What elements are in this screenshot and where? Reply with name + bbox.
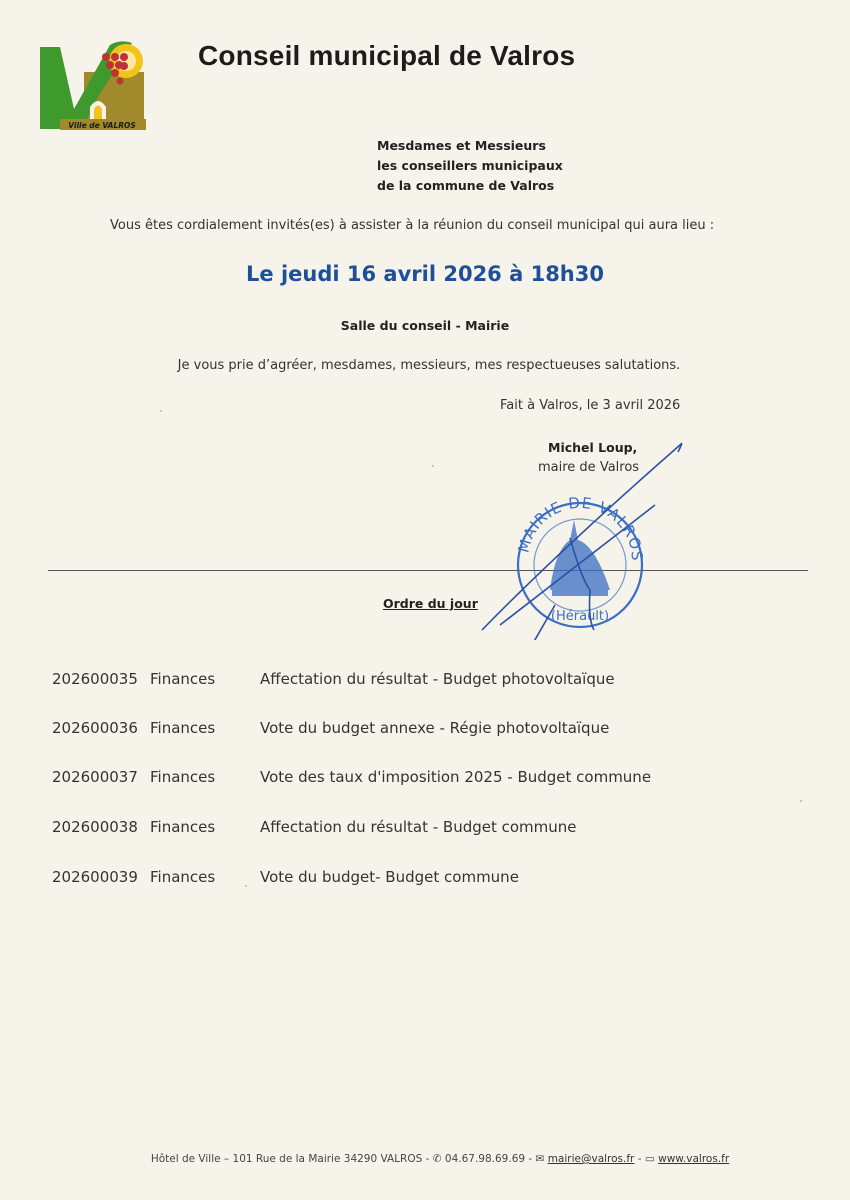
agenda-category: Finances [150,868,260,886]
agenda-subject: Affectation du résultat - Budget photovo… [260,670,615,688]
website-link[interactable]: www.valros.fr [658,1153,729,1165]
paper-speck [432,465,434,467]
footer-phone: 04.67.98.69.69 [445,1153,525,1165]
agenda-category: Finances [150,670,260,688]
meeting-place: Salle du conseil - Mairie [0,318,850,333]
agenda-item: 202600035 Finances Affectation du résult… [52,670,615,688]
invitation-text: Vous êtes cordialement invités(es) à ass… [110,218,714,233]
stamp-subtext: (Hérault) [551,609,609,624]
footer: Hôtel de Ville – 101 Rue de la Mairie 34… [0,1153,850,1165]
page-title: Conseil municipal de Valros [198,40,575,72]
agenda-subject: Vote des taux d'imposition 2025 - Budget… [260,768,651,786]
computer-icon: ▭ [645,1153,655,1165]
agenda-number: 202600036 [52,719,150,737]
agenda-number: 202600035 [52,670,150,688]
agenda-subject: Vote du budget annexe - Régie photovolta… [260,719,609,737]
signer-name: Michel Loup, [548,440,637,455]
agenda-item: 202600037 Finances Vote des taux d'impos… [52,768,651,786]
agenda-item: 202600038 Finances Affectation du résult… [52,818,577,836]
agenda-number: 202600038 [52,818,150,836]
recipient-line: de la commune de Valros [377,176,563,196]
agenda-number: 202600039 [52,868,150,886]
agenda-category: Finances [150,818,260,836]
agenda-category: Finances [150,768,260,786]
salutation-text: Je vous prie d’agréer, mesdames, messieu… [0,358,850,373]
recipients-block: Mesdames et Messieurs les conseillers mu… [377,136,563,196]
agenda-number: 202600037 [52,768,150,786]
recipient-line: Mesdames et Messieurs [377,136,563,156]
agenda-item: 202600039 Finances Vote du budget- Budge… [52,868,519,886]
agenda-subject: Vote du budget- Budget commune [260,868,519,886]
valros-logo: Ville de VALROS [40,37,146,131]
agenda-title: Ordre du jour [383,596,478,611]
agenda-subject: Affectation du résultat - Budget commune [260,818,577,836]
stamp-text: MAIRIE DE VALROS [514,494,646,562]
done-at-date: Fait à Valros, le 3 avril 2026 [500,398,680,413]
footer-address: Hôtel de Ville – 101 Rue de la Mairie 34… [151,1153,433,1165]
paper-speck [800,800,802,802]
signer-role: maire de Valros [538,460,639,475]
paper-speck [160,410,162,412]
agenda-category: Finances [150,719,260,737]
meeting-date: Le jeudi 16 avril 2026 à 18h30 [0,262,850,286]
email-link[interactable]: mairie@valros.fr [548,1153,635,1165]
divider [48,570,808,571]
recipient-line: les conseillers municipaux [377,156,563,176]
paper-speck [245,885,247,887]
svg-text:MAIRIE DE VALROS: MAIRIE DE VALROS [514,494,646,562]
phone-icon: ✆ [433,1153,442,1165]
stamp-emblem-icon [550,520,610,596]
mail-icon: ✉ [536,1153,545,1165]
logo-caption: Ville de VALROS [68,121,136,130]
agenda-item: 202600036 Finances Vote du budget annexe… [52,719,609,737]
